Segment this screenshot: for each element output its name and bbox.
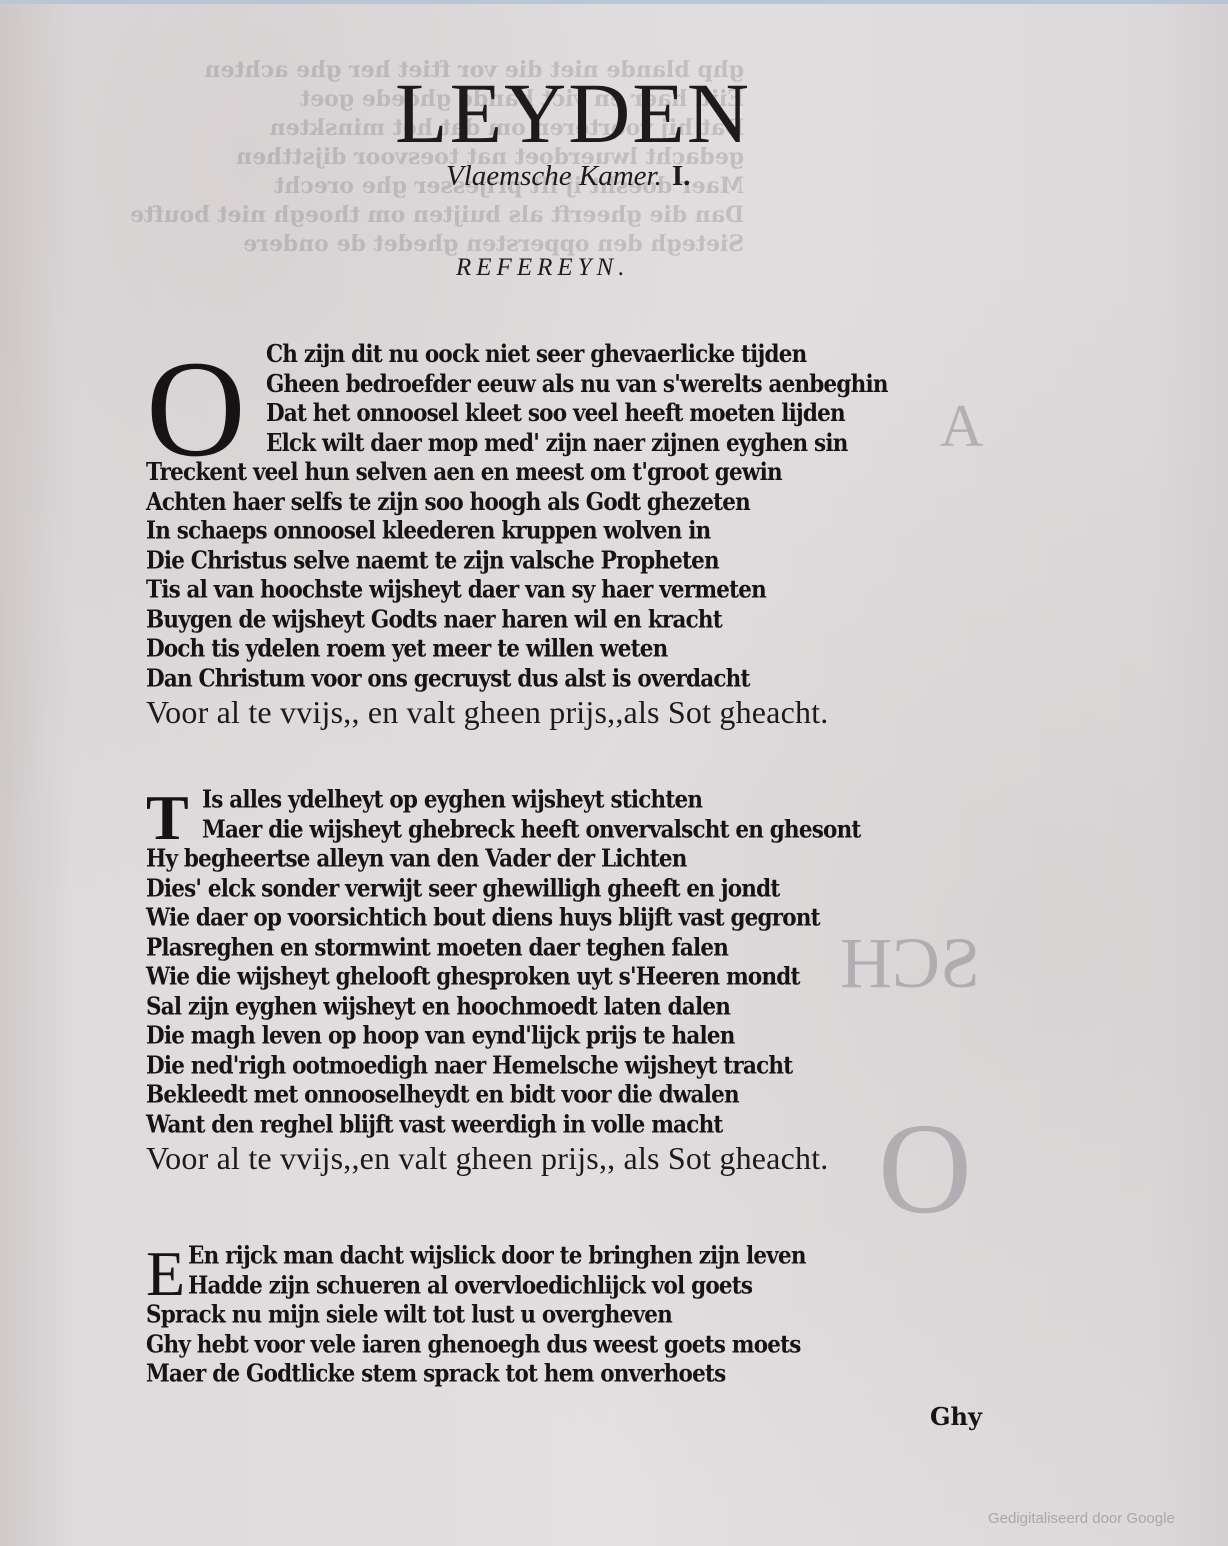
verse-line: Sprack nu mijn siele wilt tot lust u ove… — [146, 1299, 806, 1332]
show-through-letter-o: O — [878, 1094, 972, 1244]
digitization-watermark: Gedigitaliseerd door Google — [988, 1510, 1175, 1527]
stanza-3: En rijck man dacht wijslick door te brin… — [146, 1242, 806, 1390]
verse-line: Achten haer selfs te zijn soo hoogh als … — [146, 486, 888, 519]
verse-line: Doch tis ydelen roem yet meer te willen … — [146, 633, 888, 666]
verse-line: Dan Christum voor ons gecruyst dus alst … — [146, 663, 888, 696]
refrain-line: Voor al te vvijs,,en valt gheen prijs,, … — [146, 1140, 861, 1176]
verse-line: Ch zijn dit nu oock niet seer ghevaerlic… — [146, 338, 888, 371]
subtitle-text: Vlaemsche Kamer. — [446, 160, 662, 192]
verse-line: Want den reghel blijft vast weerdigh in … — [146, 1109, 861, 1142]
verse-line: Wie daer op voorsichtich bout diens huys… — [146, 902, 861, 935]
verse-line: Elck wilt daer mop med' zijn naer zijnen… — [146, 427, 888, 460]
verse-line: Ghy hebt voor vele iaren ghenoegh dus we… — [146, 1329, 806, 1362]
verse-line: En rijck man dacht wijslick door te brin… — [146, 1240, 806, 1273]
verse-line: Bekleedt met onnooselheydt en bidt voor … — [146, 1079, 861, 1112]
verse-line: Dies' elck sonder verwijt seer ghewillig… — [146, 873, 861, 906]
scanned-page: ghp blande niet die vor ftiet her ghe ac… — [0, 4, 1228, 1546]
verse-line: Treckent veel hun selven aen en meest om… — [146, 456, 888, 489]
verse-line: Hadde zijn schueren al overvloedichlijck… — [146, 1270, 806, 1303]
section-heading: REFEREYN. — [456, 254, 629, 282]
verse-line: Plasreghen en stormwint moeten daer tegh… — [146, 932, 861, 965]
show-through-letter-sch: SCH — [840, 922, 980, 1005]
stanza-1: Ch zijn dit nu oock niet seer ghevaerlic… — [146, 340, 888, 730]
verse-line: Wie die wijsheyt ghelooft ghesproken uyt… — [146, 961, 861, 994]
stanza-2: Is alles ydelheyt op eyghen wijsheyt sti… — [146, 786, 861, 1176]
page-title: LEYDEN — [358, 70, 788, 156]
verse-line: Is alles ydelheyt op eyghen wijsheyt sti… — [146, 784, 861, 817]
verse-line: Maer de Godtlicke stem sprack tot hem on… — [146, 1358, 806, 1391]
verse-line: Die ned'righ ootmoedigh naer Hemelsche w… — [146, 1050, 861, 1083]
verse-line: Tis al van hoochste wijsheyt daer van sy… — [146, 574, 888, 607]
refrain-line: Voor al te vvijs,, en valt gheen prijs,,… — [146, 694, 888, 730]
verse-line: Die magh leven op hoop van eynd'lijck pr… — [146, 1020, 861, 1053]
verse-line: Gheen bedroefder eeuw als nu van s'werel… — [146, 368, 888, 401]
verse-line: Sal zijn eyghen wijsheyt en hoochmoedt l… — [146, 991, 861, 1024]
page-subtitle: Vlaemsche Kamer.I. — [446, 160, 690, 193]
catchword: Ghy — [930, 1402, 982, 1431]
verse-line: Dat het onnoosel kleet soo veel heeft mo… — [146, 397, 888, 430]
page-number: I. — [672, 160, 691, 192]
verse-line: Hy begheertse alleyn van den Vader der L… — [146, 843, 861, 876]
verse-line: Die Christus selve naemt te zijn valsche… — [146, 545, 888, 578]
verse-line: Buygen de wijsheyt Godts naer haren wil … — [146, 604, 888, 637]
verse-line: Maer die wijsheyt ghebreck heeft onverva… — [146, 814, 861, 847]
verse-line: In schaeps onnoosel kleederen kruppen wo… — [146, 515, 888, 548]
show-through-letter-a: A — [940, 392, 983, 461]
